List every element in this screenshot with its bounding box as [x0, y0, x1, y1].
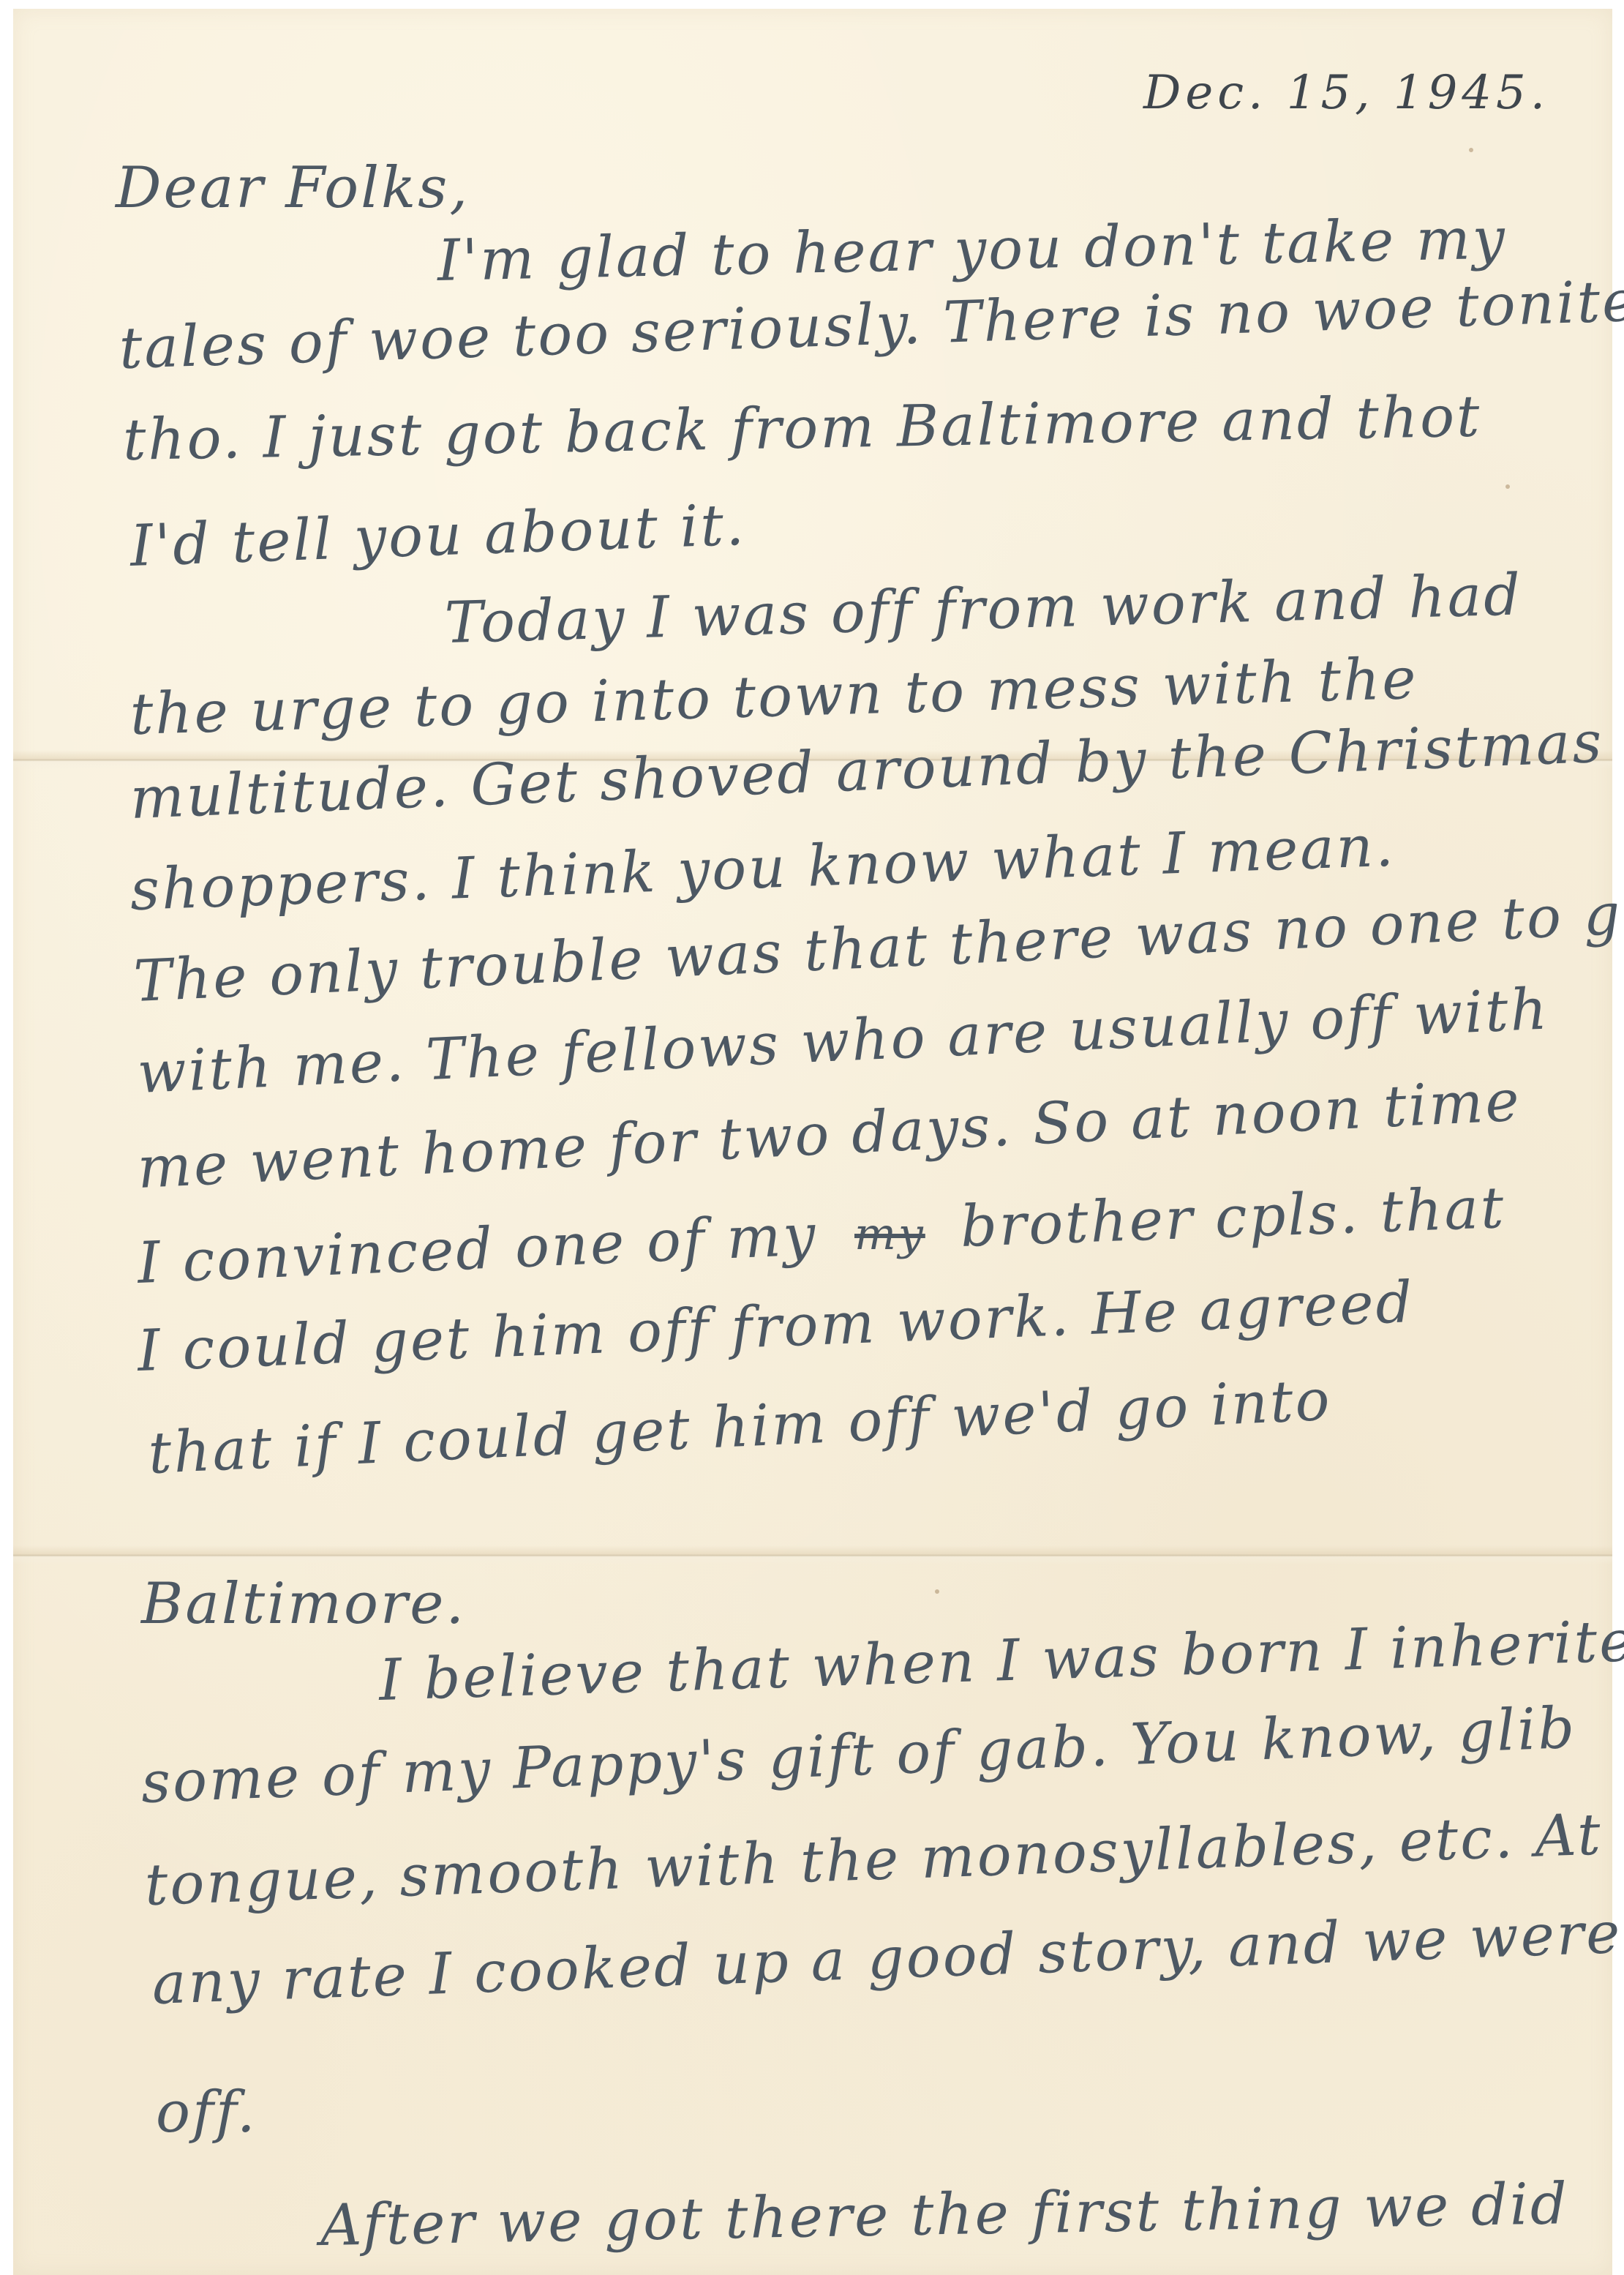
letter-salutation: Dear Folks,	[116, 155, 470, 221]
letter-line: tho. I just got back from Baltimore and …	[122, 384, 1482, 473]
letter-line: I convinced one of my	[136, 1202, 819, 1297]
letter-line: tongue, smooth with the monosyllables, e…	[143, 1802, 1604, 1919]
letter-page: Dec. 15, 1945. Dear Folks, I'm glad to h…	[13, 9, 1612, 2275]
paper-fold-crease	[13, 1545, 1612, 1564]
letter-line: brother cpls. that	[959, 1175, 1506, 1260]
paper-stain	[935, 1589, 939, 1594]
letter-line: off.	[156, 2080, 257, 2145]
letter-date: Dec. 15, 1945.	[1143, 66, 1549, 120]
letter-line: some of my Pappy's gift of gab. You know…	[140, 1695, 1578, 1816]
letter-line: tales of woe too seriously. There is no …	[119, 269, 1624, 382]
letter-line: After we got there the first thing we di…	[320, 2171, 1569, 2259]
letter-line: Baltimore.	[141, 1571, 466, 1637]
letter-line: Today I was off from work and had	[444, 562, 1523, 656]
paper-stain	[1505, 484, 1510, 489]
letter-line: I believe that when I was born I inherit…	[378, 1607, 1624, 1714]
paper-stain	[1469, 148, 1473, 152]
letter-line: I'd tell you about it.	[129, 492, 747, 580]
struck-out-word: my	[854, 1209, 925, 1260]
letter-line: any rate I cooked up a good story, and w…	[151, 1900, 1623, 2017]
letter-line: that if I could get him off we'd go into	[147, 1368, 1333, 1487]
